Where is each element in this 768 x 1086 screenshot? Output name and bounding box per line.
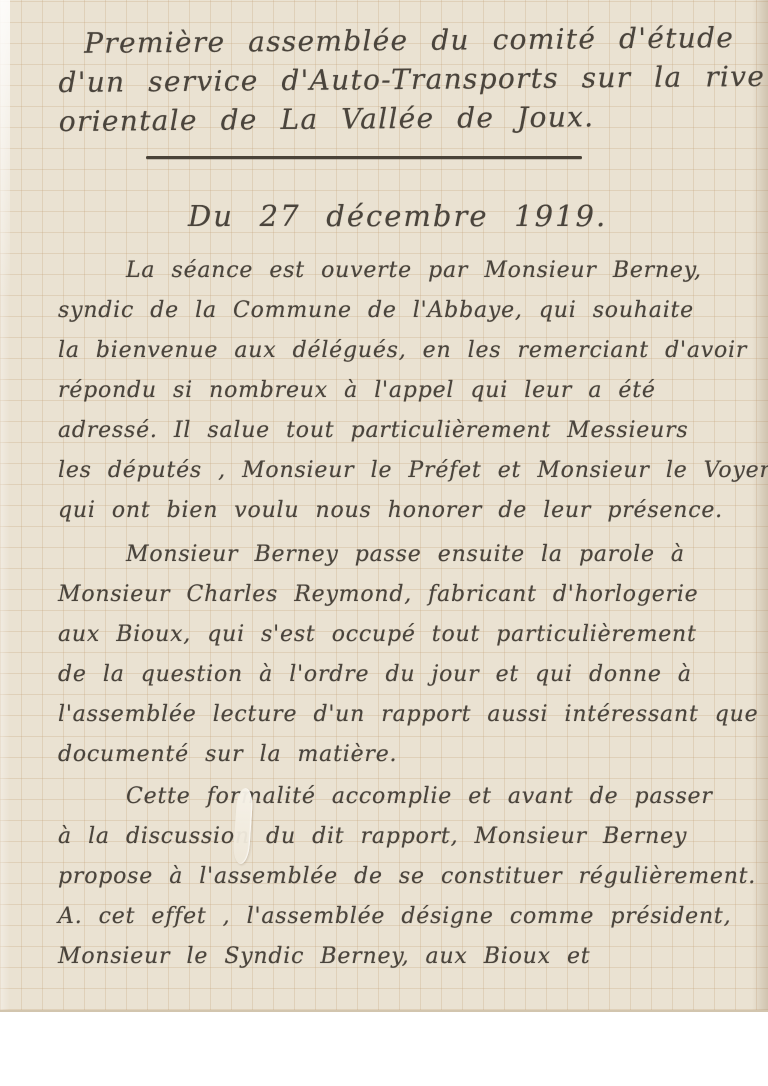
scanned-document: Première assemblée du comité d'étude d'u… (0, 0, 768, 1086)
title-line: orientale de La Vallée de Joux. (59, 96, 733, 141)
manuscript-line: documenté sur la matière. (58, 735, 732, 775)
manuscript-line: Monsieur Berney passe ensuite la parole … (58, 535, 732, 575)
manuscript-line: répondu si nombreux à l'appel qui leur a… (58, 371, 732, 411)
manuscript-line: Monsieur le Syndic Berney, aux Bioux et (58, 937, 732, 977)
manuscript-line: de la question à l'ordre du jour et qui … (58, 655, 732, 695)
manuscript-line: Cette formalité accomplie et avant de pa… (58, 777, 732, 817)
manuscript-line: qui ont bien voulu nous honorer de leur … (58, 491, 732, 531)
manuscript-line: adressé. Il salue tout particulièrement … (58, 411, 732, 451)
manuscript-line: La séance est ouverte par Monsieur Berne… (58, 251, 732, 291)
date-line: Du 27 décembre 1919. (188, 195, 732, 237)
manuscript-line: syndic de la Commune de l'Abbaye, qui so… (58, 291, 732, 331)
paragraph-1: La séance est ouverte par Monsieur Berne… (58, 251, 732, 531)
scanner-background (0, 1012, 768, 1086)
manuscript-line: la bienvenue aux délégués, en les remerc… (58, 331, 732, 371)
title-underline (146, 156, 582, 159)
paragraph-2: Monsieur Berney passe ensuite la parole … (58, 535, 732, 775)
paragraph-3: Cette formalité accomplie et avant de pa… (58, 777, 732, 977)
manuscript-line: aux Bioux, qui s'est occupé tout particu… (58, 615, 732, 655)
manuscript-line: A. cet effet , l'assemblée désigne comme… (58, 897, 732, 937)
title-line: Première assemblée du comité d'étude (84, 18, 732, 63)
manuscript-line: l'assemblée lecture d'un rapport aussi i… (58, 695, 732, 735)
title-line: d'un service d'Auto-Transports sur la ri… (58, 57, 732, 102)
manuscript-line: propose à l'assemblée de se constituer r… (58, 857, 732, 897)
manuscript-line: Monsieur Charles Reymond, fabricant d'ho… (58, 575, 732, 615)
manuscript-line: les députés , Monsieur le Préfet et Mons… (58, 451, 732, 491)
manuscript-line: à la discussion du dit rapport, Monsieur… (58, 817, 732, 857)
document-title: Première assemblée du comité d'étude d'u… (58, 18, 733, 141)
manuscript-content: Première assemblée du comité d'étude d'u… (0, 0, 768, 977)
